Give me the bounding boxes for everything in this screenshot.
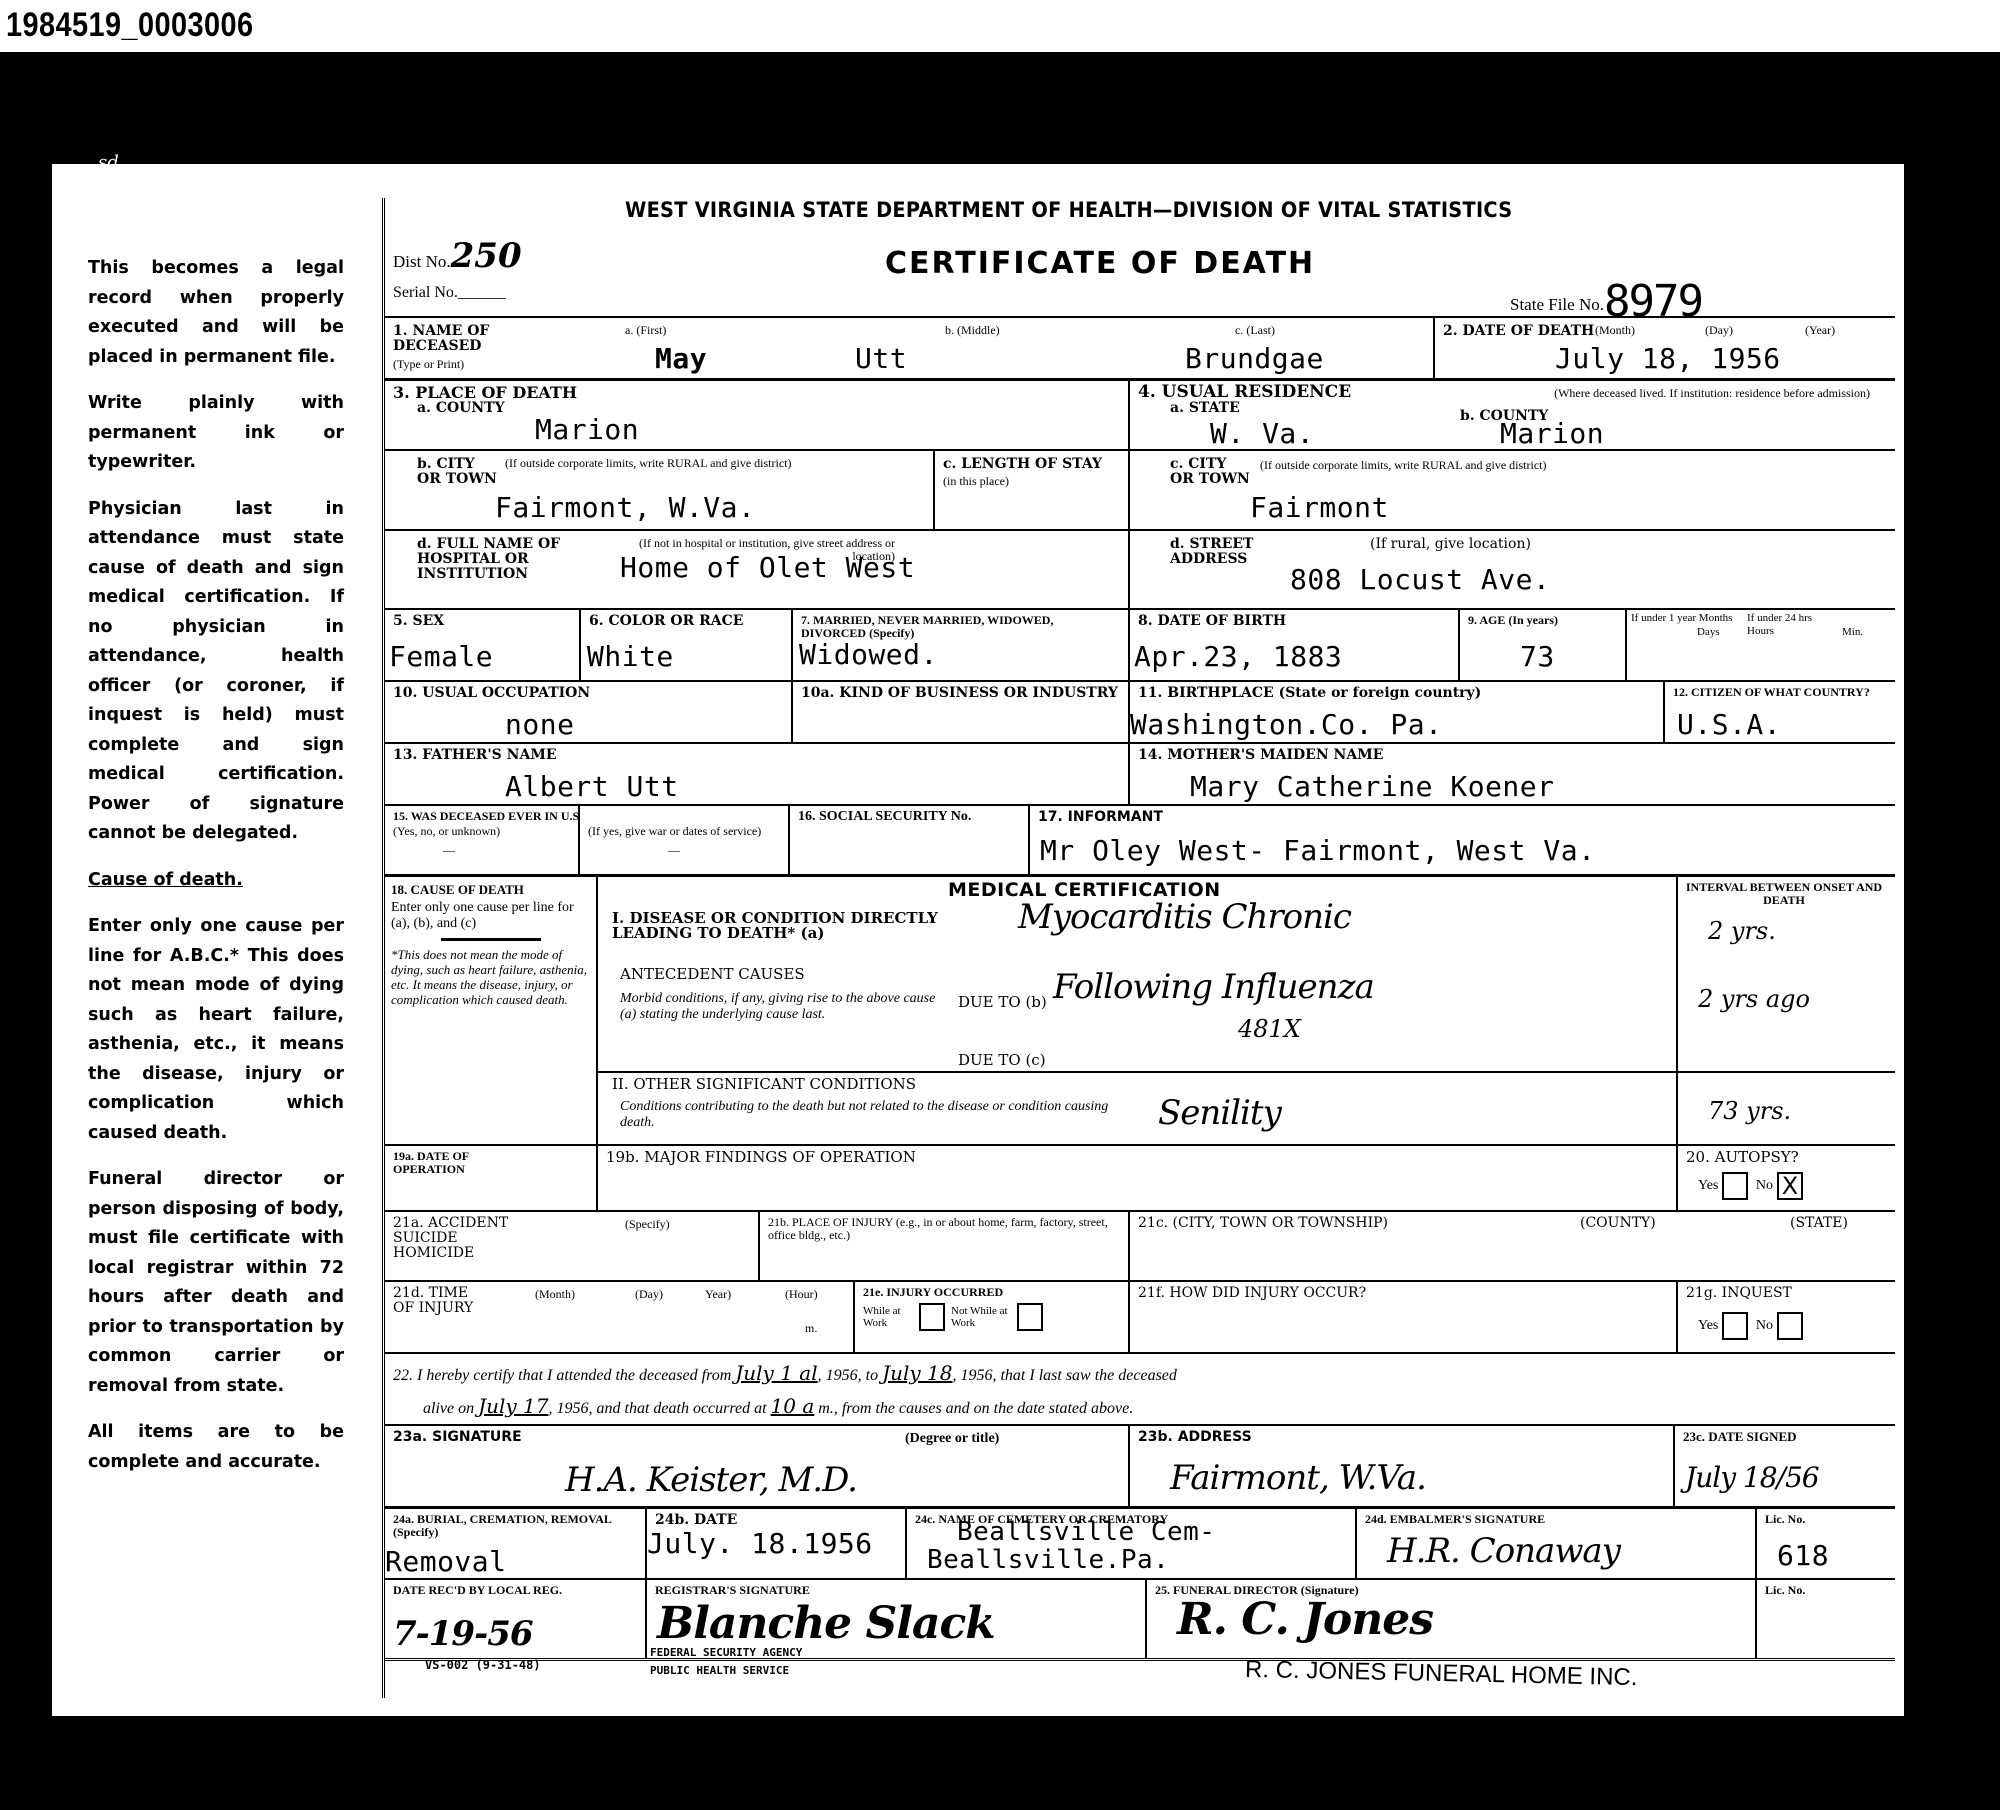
form-grid: 1. NAME OF DECEASED (Type or Print) a. (… <box>385 316 1895 1661</box>
age-value[interactable]: 73 <box>1520 642 1555 672</box>
autopsy-yes-checkbox[interactable] <box>1722 1172 1748 1200</box>
last-seen-year[interactable]: 1956 <box>557 1400 589 1417</box>
instruction-funeral: Funeral director or person disposing of … <box>88 1165 344 1401</box>
service-dates-value[interactable]: — <box>668 844 780 857</box>
item16-ssn: 16. SOCIAL SECURITY No. <box>790 806 1030 874</box>
funeral-home-stamp: R. C. JONES FUNERAL HOME INC. <box>1245 1656 1638 1692</box>
item21a-accident: 21a. ACCIDENT SUICIDE HOMICIDE (Specify) <box>385 1212 760 1280</box>
item11-birthplace: 11. BIRTHPLACE (State or foreign country… <box>1130 682 1665 742</box>
interval-other[interactable]: 73 yrs. <box>1708 1097 1791 1125</box>
birthplace-value[interactable]: Washington.Co. Pa. <box>1130 710 1442 740</box>
date-received: DATE REC'D BY LOCAL REG. 7-19-56 <box>385 1580 647 1658</box>
item2-date-of-death: 2. DATE OF DEATH (Month) (Day) (Year) Ju… <box>1435 318 1895 378</box>
inquest-no-checkbox[interactable] <box>1777 1312 1803 1340</box>
dist-number: Dist No.250 <box>393 236 522 276</box>
funeral-director-signature[interactable]: R. C. Jones <box>1177 1602 1433 1638</box>
item3-place-of-death: 3. PLACE OF DEATH a. COUNTY Marion b. CI… <box>385 381 1130 608</box>
certificate-page: This becomes a legal record when properl… <box>52 164 1904 1716</box>
autopsy-no-checkbox[interactable]: X <box>1777 1172 1803 1200</box>
death-certificate-form: WEST VIRGINIA STATE DEPARTMENT OF HEALTH… <box>382 198 1892 1698</box>
item20-autopsy: 20. AUTOPSY? Yes NoX <box>1678 1146 1895 1210</box>
instruction-cause-heading: Cause of death. <box>88 866 344 896</box>
embalmer-license: Lic. No. 618 <box>1757 1509 1895 1578</box>
item21d-time-of-injury: 21d. TIME OF INJURY (Month) (Day) Year) … <box>385 1282 855 1352</box>
item9-age-under: If under 1 year Months Days If under 24 … <box>1627 610 1895 680</box>
embalmer-license-number[interactable]: 618 <box>1777 1541 1829 1571</box>
item21c-injury-location: 21c. (CITY, TOWN OR TOWNSHIP) (COUNTY) (… <box>1130 1212 1895 1280</box>
item21b-place-of-injury: 21b. PLACE OF INJURY (e.g., in or about … <box>760 1212 1130 1280</box>
marital-value[interactable]: Widowed. <box>799 640 938 670</box>
item9-age: 9. AGE (In years) 73 <box>1460 610 1627 680</box>
instruction-legal: This becomes a legal record when properl… <box>88 254 344 372</box>
disposition-value[interactable]: Removal <box>385 1547 507 1577</box>
item24b-date: 24b. DATE July. 18.1956 <box>647 1509 907 1578</box>
item15-armed-forces-a: 15. WAS DECEASED EVER IN U.S. ARMED FORC… <box>385 806 580 874</box>
instruction-cause: Enter only one cause per line for A.B.C.… <box>88 912 344 1148</box>
cemetery-line-1[interactable]: Beallsville Cem- <box>957 1519 1215 1545</box>
item19b-operation-findings: 19b. MAJOR FINDINGS OF OPERATION <box>598 1146 1678 1210</box>
dist-value: 250 <box>451 236 522 276</box>
item22-attendance-certification: 22. I hereby certify that I attended the… <box>385 1354 1895 1424</box>
item24a-disposition: 24a. BURIAL, CREMATION, REMOVAL (Specify… <box>385 1509 647 1578</box>
deceased-last-name[interactable]: Brundgae <box>1185 344 1324 374</box>
hospital-name[interactable]: Home of Olet West <box>620 553 915 583</box>
item24d-embalmer: 24d. EMBALMER'S SIGNATURE H.R. Conaway <box>1357 1509 1757 1578</box>
physician-signature[interactable]: H.A. Keister, M.D. <box>565 1462 857 1498</box>
mother-maiden-name[interactable]: Mary Catherine Koener <box>1190 772 1555 802</box>
item24c-cemetery: 24c. NAME OF CEMETERY OR CREMATORY Beall… <box>907 1509 1357 1578</box>
cemetery-line-2[interactable]: Beallsville.Pa. <box>927 1547 1169 1573</box>
attended-to-year[interactable]: 1956 <box>960 1367 992 1384</box>
residence-street[interactable]: 808 Locust Ave. <box>1290 565 1550 595</box>
death-time[interactable]: 10 a <box>771 1394 815 1418</box>
sex-value[interactable]: Female <box>389 642 493 672</box>
item4-usual-residence: 4. USUAL RESIDENCE (Where deceased lived… <box>1130 381 1895 608</box>
residence-city[interactable]: Fairmont <box>1250 493 1389 523</box>
interval-column: INTERVAL BETWEEN ONSET AND DEATH 2 yrs. … <box>1678 877 1895 1144</box>
instruction-write: Write plainly with permanent ink or type… <box>88 389 344 478</box>
disposition-date[interactable]: July. 18.1956 <box>647 1529 873 1559</box>
deceased-first-name[interactable]: May <box>655 344 707 374</box>
item8-date-of-birth: 8. DATE OF BIRTH Apr.23, 1883 <box>1130 610 1460 680</box>
cause-b[interactable]: Following Influenza <box>1053 969 1374 1005</box>
item13-father: 13. FATHER'S NAME Albert Utt <box>385 744 1130 804</box>
item10-occupation: 10. USUAL OCCUPATION none <box>385 682 793 742</box>
race-value[interactable]: White <box>587 642 674 672</box>
dist-label: Dist No. <box>393 252 451 271</box>
registrar-signature-value[interactable]: Blanche Slack <box>657 1606 995 1642</box>
occupation-value[interactable]: none <box>505 710 574 740</box>
serial-number: Serial No.______ <box>393 284 506 302</box>
item23b-address: 23b. ADDRESS Fairmont, W.Va. <box>1130 1426 1675 1506</box>
death-county[interactable]: Marion <box>535 415 639 445</box>
serial-label: Serial No. <box>393 284 458 301</box>
document-id: 1984519_0003006 <box>6 6 253 45</box>
not-while-at-work-checkbox[interactable] <box>1017 1303 1043 1331</box>
item1-name: 1. NAME OF DECEASED (Type or Print) a. (… <box>385 318 1435 378</box>
item21g-inquest: 21g. INQUEST Yes No <box>1678 1282 1895 1352</box>
last-seen-alive[interactable]: July 17 <box>478 1394 548 1418</box>
footer-agency-1: FEDERAL SECURITY AGENCY <box>650 1646 802 1659</box>
attended-to[interactable]: July 18 <box>882 1361 952 1385</box>
item7-marital-status: 7. MARRIED, NEVER MARRIED, WIDOWED, DIVO… <box>793 610 1130 680</box>
residence-state[interactable]: W. Va. <box>1210 419 1314 449</box>
item17-informant: 17. INFORMANT Mr Oley West- Fairmont, We… <box>1030 806 1895 874</box>
attended-from[interactable]: July 1 al <box>735 1361 817 1385</box>
attended-from-year[interactable]: 1956 <box>826 1367 858 1384</box>
medical-certification: MEDICAL CERTIFICATION I. DISEASE OR COND… <box>598 877 1678 1144</box>
item25-funeral-director: 25. FUNERAL DIRECTOR (Signature) R. C. J… <box>1147 1580 1757 1658</box>
item12-citizenship: 12. CITIZEN OF WHAT COUNTRY? U.S.A. <box>1665 682 1895 742</box>
while-at-work-checkbox[interactable] <box>919 1303 945 1331</box>
item21e-injury-occurred: 21e. INJURY OCCURRED While at Work Not W… <box>855 1282 1130 1352</box>
instructions-sidebar: This becomes a legal record when properl… <box>88 254 344 1494</box>
funeral-director-license: Lic. No. <box>1757 1580 1895 1658</box>
agency-header: WEST VIRGINIA STATE DEPARTMENT OF HEALTH… <box>625 198 1512 222</box>
item18-cause-instructions: 18. CAUSE OF DEATH Enter only one cause … <box>385 877 598 1144</box>
dob-value[interactable]: Apr.23, 1883 <box>1134 642 1342 672</box>
date-signed[interactable]: July 18/56 <box>1685 1460 1819 1496</box>
inquest-yes-checkbox[interactable] <box>1722 1312 1748 1340</box>
instruction-final: All items are to be complete and accurat… <box>88 1418 344 1477</box>
death-city[interactable]: Fairmont, W.Va. <box>495 493 755 523</box>
other-conditions[interactable]: Senility <box>1158 1095 1281 1131</box>
embalmer-signature[interactable]: H.R. Conaway <box>1387 1533 1620 1569</box>
date-received-value[interactable]: 7-19-56 <box>393 1616 533 1652</box>
item23c-date-signed: 23c. DATE SIGNED July 18/56 <box>1675 1426 1895 1506</box>
date-of-death[interactable]: July 18, 1956 <box>1555 344 1781 374</box>
state-file-label: State File No. <box>1510 295 1604 314</box>
interval-a[interactable]: 2 yrs. <box>1708 917 1776 945</box>
informant-value[interactable]: Mr Oley West- Fairmont, West Va. <box>1040 836 1595 866</box>
item6-race: 6. COLOR OR RACE White <box>581 610 793 680</box>
citizenship-value[interactable]: U.S.A. <box>1677 710 1781 740</box>
instruction-physician: Physician last in attendance must state … <box>88 495 344 849</box>
item15-armed-forces-b: (If yes, give war or dates of service) — <box>580 806 790 874</box>
cause-a[interactable]: Myocarditis Chronic <box>1018 899 1351 935</box>
physician-address[interactable]: Fairmont, W.Va. <box>1170 1460 1426 1496</box>
item19a-operation-date: 19a. DATE OF OPERATION <box>385 1146 598 1210</box>
item21f-how-injury: 21f. HOW DID INJURY OCCUR? <box>1130 1282 1678 1352</box>
certificate-title: CERTIFICATE OF DEATH <box>885 246 1315 281</box>
residence-county[interactable]: Marion <box>1500 419 1604 449</box>
item14-mother: 14. MOTHER'S MAIDEN NAME Mary Catherine … <box>1130 744 1895 804</box>
father-name[interactable]: Albert Utt <box>505 772 679 802</box>
item5-sex: 5. SEX Female <box>385 610 581 680</box>
item23a-signature: 23a. SIGNATURE (Degree or title) H.A. Ke… <box>385 1426 1130 1506</box>
cause-code: 481X <box>1238 1015 1301 1043</box>
deceased-middle-name[interactable]: Utt <box>855 344 907 374</box>
form-code: VS-002 (9-31-48) <box>425 1658 541 1672</box>
interval-b[interactable]: 2 yrs ago <box>1698 985 1810 1013</box>
armed-forces-value[interactable]: — <box>443 844 570 857</box>
item10a-business: 10a. KIND OF BUSINESS OR INDUSTRY <box>793 682 1130 742</box>
footer-agency-2: PUBLIC HEALTH SERVICE <box>650 1664 789 1677</box>
